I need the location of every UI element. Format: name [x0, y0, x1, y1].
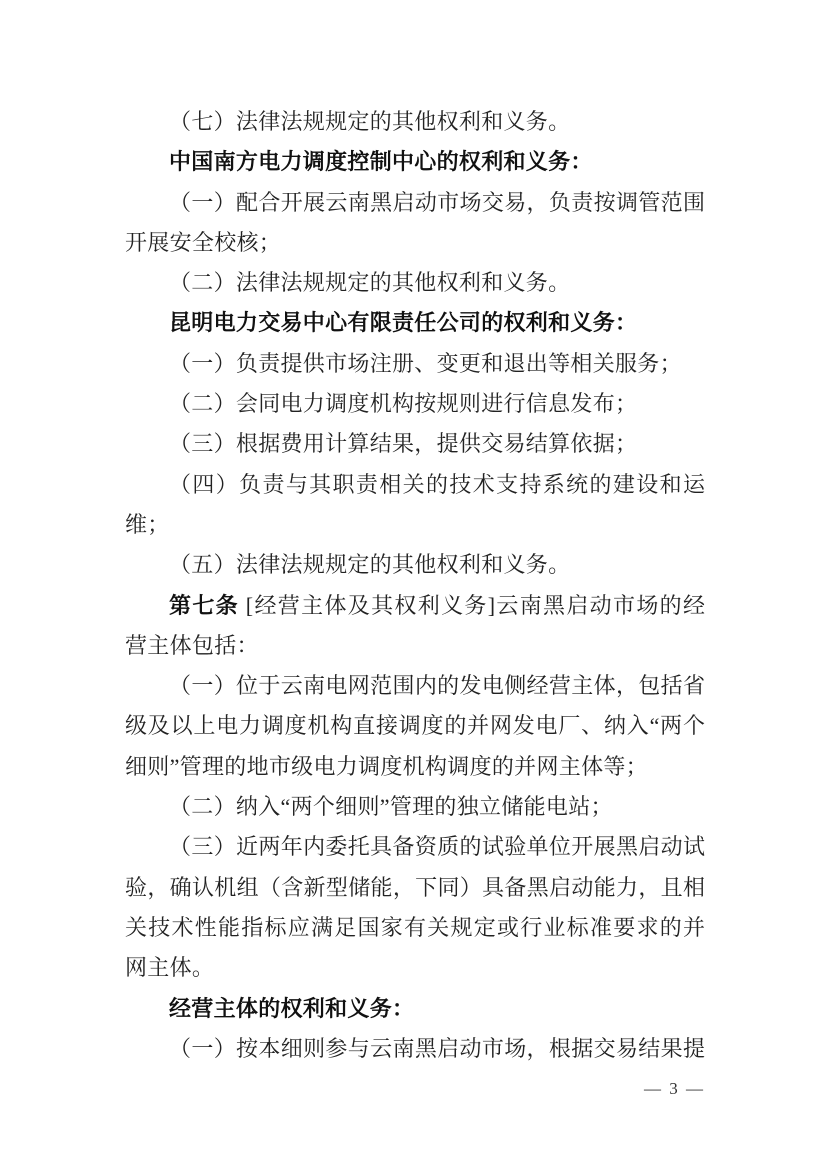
text-line: （一）配合开展云南黑启动市场交易，负责按调管范围: [125, 183, 705, 223]
text-line: （七）法律法规规定的其他权利和义务。: [125, 102, 705, 142]
bold-text-run: 经营主体的权利和义务：: [169, 996, 414, 1021]
text-line: 昆明电力交易中心有限责任公司的权利和义务：: [125, 303, 705, 343]
text-line: （一）按本细则参与云南黑启动市场，根据交易结果提: [125, 1029, 705, 1069]
text-line: 经营主体的权利和义务：: [125, 989, 705, 1029]
text-line: （三）根据费用计算结果，提供交易结算依据；: [125, 424, 705, 464]
text-run: 级及以上电力调度机构直接调度的并网发电厂、纳入“两个: [125, 713, 705, 738]
text-line: （一）位于云南电网范围内的发电侧经营主体，包括省: [125, 666, 705, 706]
text-line: （二）会同电力调度机构按规则进行信息发布；: [125, 384, 705, 424]
text-run: 开展安全校核；: [125, 230, 281, 255]
text-line: 维；: [125, 505, 705, 545]
text-run: （四）负责与其职责相关的技术支持系统的建设和运: [169, 472, 705, 497]
text-line: 关技术性能指标应满足国家有关规定或行业标准要求的并: [125, 908, 705, 948]
text-run: （一）按本细则参与云南黑启动市场，根据交易结果提: [169, 1036, 705, 1061]
text-run: 网主体。: [125, 955, 214, 980]
text-run: （一）配合开展云南黑启动市场交易，负责按调管范围: [169, 190, 705, 215]
text-line: 营主体包括：: [125, 626, 705, 666]
text-run: （二）法律法规规定的其他权利和义务。: [169, 270, 570, 295]
page-number: — 3 —: [644, 1078, 705, 1100]
document-page: （七）法律法规规定的其他权利和义务。中国南方电力调度控制中心的权利和义务：（一）…: [0, 0, 827, 1170]
bold-text-run: 中国南方电力调度控制中心的权利和义务：: [169, 149, 593, 174]
text-line: （五）法律法规规定的其他权利和义务。: [125, 545, 705, 585]
text-run: （七）法律法规规定的其他权利和义务。: [169, 109, 570, 134]
text-run: 关技术性能指标应满足国家有关规定或行业标准要求的并: [125, 915, 705, 940]
text-line: （四）负责与其职责相关的技术支持系统的建设和运: [125, 465, 705, 505]
text-line: （二）法律法规规定的其他权利和义务。: [125, 263, 705, 303]
text-run: （五）法律法规规定的其他权利和义务。: [169, 552, 570, 577]
text-line: （一）负责提供市场注册、变更和退出等相关服务；: [125, 344, 705, 384]
text-run: 维；: [125, 512, 170, 537]
text-run: （一）负责提供市场注册、变更和退出等相关服务；: [169, 351, 682, 376]
text-line: 中国南方电力调度控制中心的权利和义务：: [125, 142, 705, 182]
text-run: 细则”管理的地市级电力调度机构调度的并网主体等；: [125, 754, 648, 779]
text-line: （三）近两年内委托具备资质的试验单位开展黑启动试: [125, 827, 705, 867]
document-body: （七）法律法规规定的其他权利和义务。中国南方电力调度控制中心的权利和义务：（一）…: [125, 102, 705, 1069]
text-line: 网主体。: [125, 948, 705, 988]
text-run: （三）根据费用计算结果，提供交易结算依据；: [169, 431, 637, 456]
text-line: 验，确认机组（含新型储能，下同）具备黑启动能力，且相: [125, 868, 705, 908]
text-run: [经营主体及其权利义务]云南黑启动市场的经: [239, 593, 705, 618]
text-run: 营主体包括：: [125, 633, 259, 658]
text-line: 细则”管理的地市级电力调度机构调度的并网主体等；: [125, 747, 705, 787]
text-line: （二）纳入“两个细则”管理的独立储能电站；: [125, 787, 705, 827]
text-line: 开展安全校核；: [125, 223, 705, 263]
text-run: （二）纳入“两个细则”管理的独立储能电站；: [169, 794, 613, 819]
bold-text-run: 第七条: [169, 593, 239, 618]
text-run: （二）会同电力调度机构按规则进行信息发布；: [169, 391, 637, 416]
text-line: 第七条 [经营主体及其权利义务]云南黑启动市场的经: [125, 586, 705, 626]
text-run: （一）位于云南电网范围内的发电侧经营主体，包括省: [169, 673, 705, 698]
text-run: 验，确认机组（含新型储能，下同）具备黑启动能力，且相: [125, 875, 705, 900]
text-run: （三）近两年内委托具备资质的试验单位开展黑启动试: [169, 834, 705, 859]
text-line: 级及以上电力调度机构直接调度的并网发电厂、纳入“两个: [125, 706, 705, 746]
bold-text-run: 昆明电力交易中心有限责任公司的权利和义务：: [169, 310, 637, 335]
